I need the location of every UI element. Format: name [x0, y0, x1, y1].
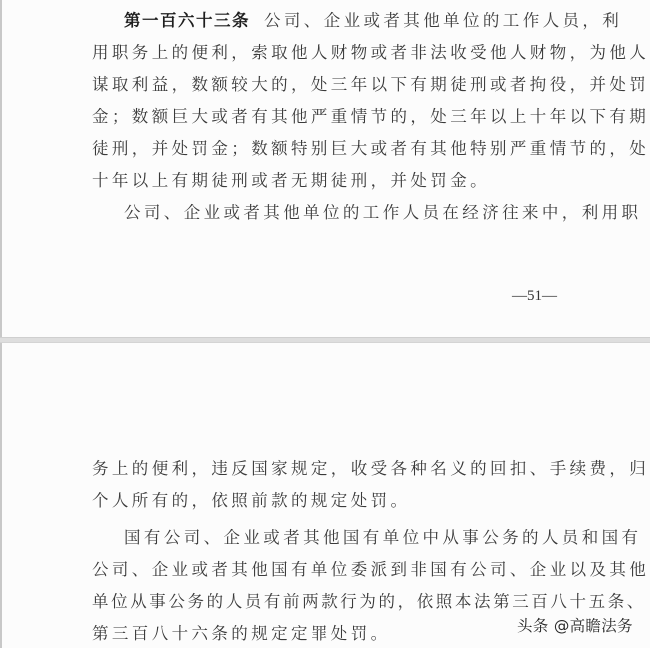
paragraph-line: 谋取利益，数额较大的，处三年以下有期徒刑或者拘役，并处罚 — [92, 73, 572, 97]
paragraph-line: 金；数额巨大或者有其他严重情节的，处三年以上十年以下有期 — [92, 105, 572, 129]
paragraph-line: 公司、企业或者其他单位的工作人员在经济往来中，利用职 — [124, 201, 604, 225]
paragraph-line: 务上的便利，违反国家规定，收受各种名义的回扣、手续费，归 — [92, 457, 572, 481]
paragraph-line: 国有公司、企业或者其他国有单位中从事公务的人员和国有 — [124, 526, 604, 550]
paragraph-line: 徒刑，并处罚金；数额特别巨大或者有其他特别严重情节的，处 — [92, 137, 572, 161]
page-number: —51— — [512, 288, 557, 305]
watermark: 头条 @高瞻法务 — [517, 614, 633, 636]
paragraph-line: 用职务上的便利，索取他人财物或者非法收受他人财物，为他人 — [92, 41, 572, 65]
paragraph-line: 单位从事公务的人员有前两款行为的，依照本法第三百八十五条、 — [92, 590, 572, 614]
paragraph-line: 公司、企业或者其他国有单位委派到非国有公司、企业以及其他 — [92, 558, 572, 582]
paragraph-line: 个人所有的，依照前款的规定处罚。 — [92, 489, 572, 513]
paragraph-line: 第三百八十六条的规定定罪处罚。 — [92, 622, 572, 646]
line-text: 公司、企业或者其他单位的工作人员，利 — [264, 11, 622, 30]
page-51: 第一百六十三条公司、企业或者其他单位的工作人员，利 用职务上的便利，索取他人财物… — [0, 0, 650, 337]
page-52: 务上的便利，违反国家规定，收受各种名义的回扣、手续费，归 个人所有的，依照前款的… — [0, 343, 650, 648]
document-viewer: 第一百六十三条公司、企业或者其他单位的工作人员，利 用职务上的便利，索取他人财物… — [0, 0, 650, 648]
paragraph-line: 第一百六十三条公司、企业或者其他单位的工作人员，利 — [92, 9, 572, 33]
article-number: 第一百六十三条 — [124, 11, 250, 30]
paragraph-line: 十年以上有期徒刑或者无期徒刑，并处罚金。 — [92, 169, 572, 193]
